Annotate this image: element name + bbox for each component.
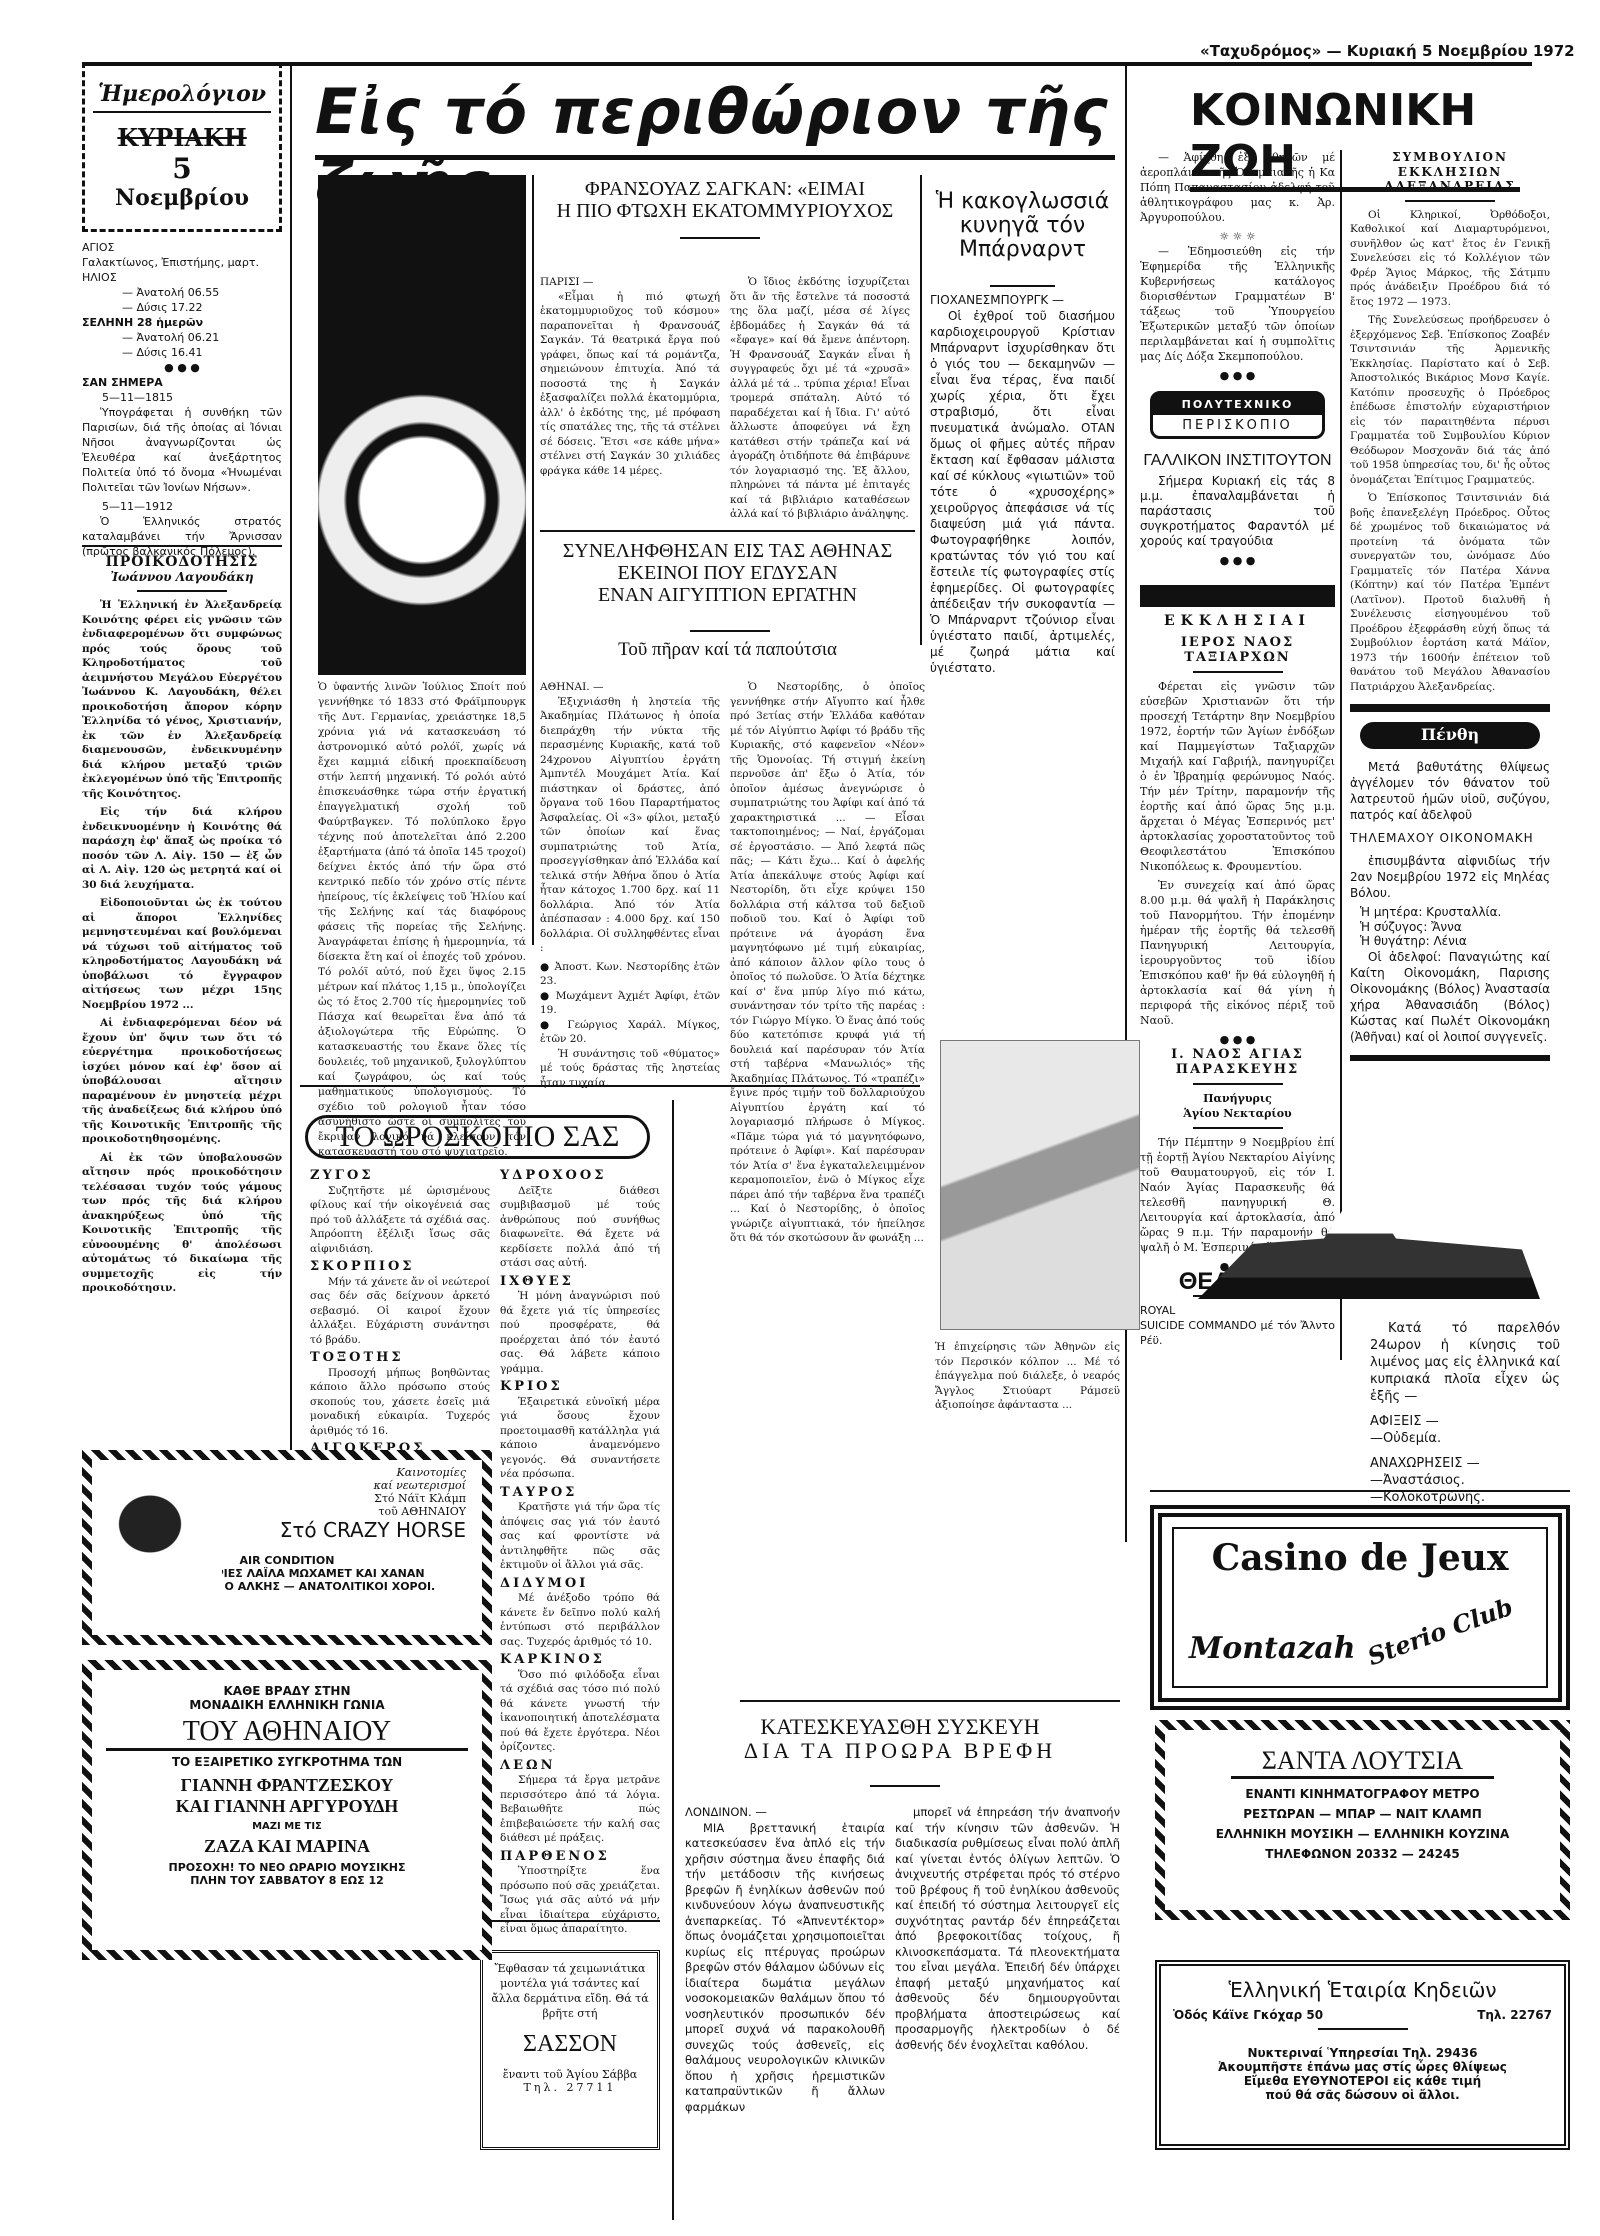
dowry-p5: Αἱ ἐκ τῶν ὑποβαλουσῶν αἴτησιν πρός προικ… [82, 1151, 282, 1296]
barnard-body: Οἱ ἐχθροί τοῦ διασήμου καρδιοχειρουργοῦ … [930, 308, 1115, 676]
sagan-body2: Ὁ ἴδιος ἐκδότης ἰσχυρίζεται ὅτι ἄν τῆς ἔ… [730, 275, 910, 522]
santa-lucia-line1: ΕΝΑΝΤΙ ΚΙΝΗΜΑΤΟΓΡΑΦΟΥ ΜΕΤΡΟ [1181, 1787, 1544, 1801]
crazy-horse-line1: Καινοτομίες [98, 1466, 466, 1479]
arrest-col2: Ὁ Νεστορίδης, ὁ ὁποῖος γεννήθηκε στήν Αἴ… [730, 680, 925, 1560]
athinaios-ad: ΚΑΘΕ ΒΡΑΔΥ ΣΤΗΝ ΜΟΝΑΔΙΚΗ ΕΛΛΗΝΙΚΗ ΓΩΝΙΑ … [82, 1660, 492, 1960]
santa-lucia-phone: ΤΗΛΕΦΩΝΟΝ 20332 — 24245 [1181, 1847, 1544, 1861]
divider [480, 1920, 660, 1922]
paraskevi-sub2: Ἁγίου Νεκταρίου [1140, 1106, 1335, 1121]
column-divider [290, 62, 292, 1532]
santa-lucia-line3: ΕΛΛΗΝΙΚΗ ΜΟΥΣΙΚΗ — ΕΛΛΗΝΙΚΗ ΚΟΥΖΙΝΑ [1181, 1827, 1544, 1841]
churches-badge: ΕΚΚΛΗΣΙΑΙ [1140, 574, 1335, 629]
column-divider [1340, 150, 1342, 1360]
clock-caption: Ὁ ὑφαντής λινῶν Ἰούλιος Σποίτ πού γεννήθ… [318, 680, 526, 1160]
barnard-dateline: ΓΙΟΧΑΝΕΣΜΠΟΥΡΓΚ — [930, 292, 1115, 308]
arrest-body2: Ὁ Νεστορίδης, ὁ ὁποῖος γεννήθηκε στήν Αἴ… [730, 680, 925, 1246]
suspect-item: ● Γεώργιος Χαράλ. Μίγκος, ἐτῶν 20. [540, 1018, 720, 1047]
sign-text: Ἡ μόνη ἀναγνώρισι πού θά ἔχετε γιά τίς ὑ… [500, 1289, 660, 1376]
calendar-title: Ἡμερολόγιον [93, 65, 271, 113]
polytechnic-badge: ΠΟΛΥΤΕΧΝΙΚΟ ΠΕΡΙΣΚΟΠΙΟ [1150, 391, 1325, 439]
arrest-headline-line1: ΣΥΝΕΛΗΦΘΗΣΑΝ ΕΙΣ ΤΑΣ ΑΘΗΝΑΣ [540, 540, 915, 562]
almanac: ΑΓΙΟΣ Γαλακτίωνος, Ἐπιστήμης, μαρτ. ΗΛΙΟ… [82, 240, 282, 563]
paraskevi-title1: Ι. ΝΑΟΣ ΑΓΙΑΣ [1140, 1047, 1335, 1062]
athinaios-name: ΤΟΥ ΑΘΗΝΑΙΟΥ [106, 1716, 468, 1751]
event2-date: 5—11—1912 [82, 499, 282, 514]
sign-text: Ὅσο πιό φιλόδοξα εἶναι τά σχέδιά σας τόσ… [500, 1668, 660, 1755]
sagan-headline-line1: ΦΡΑΝΣΟΥΑΖ ΣΑΓΚΑΝ: «ΕΙΜΑΙ [540, 178, 910, 200]
sign-name: ΤΑΥΡΟΣ [500, 1486, 660, 1501]
periscope-label: ΠΕΡΙΣΚΟΠΙΟ [1153, 415, 1322, 436]
mourning-siblings: Οἱ ἀδελφοί: Παναγιώτης καί Καίτη Οἰκονομ… [1350, 949, 1550, 1045]
sign-name: ΔΙΔΥΜΟΙ [500, 1577, 660, 1592]
barnard-article: ΓΙΟΧΑΝΕΣΜΠΟΥΡΓΚ — Οἱ ἐχθροί τοῦ διασήμου… [930, 292, 1115, 680]
saint-label: ΑΓΙΟΣ [82, 240, 282, 255]
separator-dots: ● ● ● [82, 360, 282, 375]
council-title1: ΣΥΜΒΟΥΛΙΟΝ [1350, 150, 1550, 165]
sasson-phone: Τηλ. 27711 [491, 2081, 649, 2094]
masthead: «Ταχυδρόμος» — Κυριακή 5 Νοεμβρίου 1972 [1200, 42, 1600, 60]
funeral-phone: Τηλ. 22767 [1477, 2008, 1552, 2022]
dowry-title: ΠΡΟΙΚΟΔΟΤΗΣΙΣ [82, 555, 282, 570]
band-name2: ΚΑΙ ΓΙΑΝΝΗ ΑΡΓΥΡΟΥΔΗ [106, 1796, 468, 1817]
barnard-son-photo [940, 1040, 1140, 1330]
paraskevi-text: Τήν Πέμπτην 9 Νοεμβρίου ἐπί τῇ ἑορτῇ Ἁγί… [1140, 1135, 1335, 1255]
calendar-date: 5 [85, 152, 279, 185]
taxiarch-text2: Ἐν συνεχείᾳ καί ἀπό ὥρας 8.00 μ.μ. θά ψα… [1140, 878, 1335, 1028]
separator-dots: ● ● ● [1140, 368, 1335, 383]
council-title2: ΕΚΚΛΗΣΙΩΝ [1350, 165, 1550, 180]
calendar-day: ΚΥΡΙΑΚΗ [85, 123, 279, 152]
sign-text: Προσοχή μήπως βοηθῶντας κάποιο ἄλλο πρόσ… [310, 1366, 490, 1439]
divider [82, 545, 282, 547]
funeral-slogan1: Ἀκουμπῆστε ἐπάνω μας στίς ὧρες θλίψεως [1173, 2060, 1552, 2074]
sign-text: Μήν τά χάνετε ἄν οἱ νεώτεροί σας δέν σᾶς… [310, 1275, 490, 1348]
arrest-subhead: Τοῦ πῆραν καί τά παπούτσια [540, 640, 915, 661]
horoscope-title: ΤΟ ΩΡΟΣΚΟΠΙΟ ΣΑΣ [305, 1115, 650, 1159]
underline [1193, 1127, 1283, 1129]
athinaios-with: ΜΑΖΙ ΜΕ ΤΙΣ [106, 1821, 468, 1832]
dowry-subtitle: Ἰωάννου Λαγουδάκη [82, 570, 282, 585]
underline [1193, 1083, 1283, 1085]
astronomical-clock-photo [318, 175, 526, 675]
council-column: ΣΥΜΒΟΥΛΙΟΝ ΕΚΚΛΗΣΙΩΝ ΑΛΕΞΑΝΔΡΕΙΑΣ Οἱ Κλη… [1350, 150, 1550, 1071]
mourning-mother: Ἡ μητέρα: Κρυσταλλία. [1350, 905, 1550, 920]
moonset: — Δύσις 16.41 [82, 345, 282, 360]
arrest-body1-end: Ἡ συνάντησις τοῦ «θύματος» μέ τούς δράστ… [540, 1047, 720, 1091]
sasson-name: ΣΑΣΣΟΝ [491, 2031, 649, 2058]
film-title: SUICIDE COMMANDO μέ τόν Ἄλντο Ρέϋ. [1140, 1318, 1335, 1348]
departures-label: ΑΝΑΧΩΡΗΣΕΙΣ — [1370, 1455, 1560, 1472]
social-item2: — Ἐδημοσιεύθη εἰς τήν Ἐφημερίδα τῆς Ἑλλη… [1140, 244, 1335, 364]
arrest-headline-line3: ΕΝΑΝ ΑΙΓΥΠΤΙΟΝ ΕΡΓΑΤΗΝ [540, 584, 915, 606]
dowry-article: ΠΡΟΙΚΟΔΟΤΗΣΙΣ Ἰωάννου Λαγουδάκη Ἡ Ἑλληνι… [82, 555, 282, 1300]
casino-club: Sterio Club [1363, 1592, 1516, 1671]
sign-text: Κρατῆστε γιά τήν ὥρα τίς ἀπόψεις σας γιά… [500, 1500, 660, 1573]
device-headline-line2: ΔΙΑ ΤΑ ΠΡΟΩΡΑ ΒΡΕΦΗ [680, 1739, 1120, 1763]
divider [740, 1700, 1120, 1702]
sign-name: ΚΡΙΟΣ [500, 1380, 660, 1395]
sagan-col1: ΠΑΡΙΣΙ — «Εἶμαι ἡ πιό φτωχή ἑκατομμυριοῦ… [540, 275, 720, 482]
banner-rule [315, 155, 1115, 160]
sign-name: ΤΟΞΟΤΗΣ [310, 1351, 490, 1366]
departure-item: —Ἀναστάσιος. [1370, 1472, 1560, 1489]
arrest-col1: ΑΘΗΝΑΙ. — Ἐξιχνιάσθη ἡ ληστεία τῆς Ἀκαδη… [540, 680, 720, 1094]
sign-text: Σήμερα τά ἔργα μετρᾶνε περισσότερο ἀπό τ… [500, 1773, 660, 1846]
thick-rule [1350, 1055, 1550, 1061]
horse-illustration [102, 1480, 222, 1590]
sign-name: ΣΚΟΡΠΙΟΣ [310, 1260, 490, 1275]
sign-name: ΥΔΡΟΧΟΟΣ [500, 1169, 660, 1184]
today-label: ΣΑΝ ΣΗΜΕΡΑ [82, 375, 282, 390]
churches-label: ΕΚΚΛΗΣΙΑΙ [1140, 614, 1335, 629]
sun-label: ΗΛΙΟΣ [82, 270, 282, 285]
sunset: — Δύσις 17.22 [82, 300, 282, 315]
funeral-company-name: Ἑλληνική Ἑταιρία Κηδειῶν [1173, 1978, 1552, 2002]
mourning-daughter: Ἡ θυγάτηρ: Λένια [1350, 934, 1550, 949]
santa-lucia-ad: ΣΑΝΤΑ ΛΟΥΤΣΙΑ ΕΝΑΝΤΙ ΚΙΝΗΜΑΤΟΓΡΑΦΟΥ ΜΕΤΡ… [1155, 1720, 1570, 1920]
stars-separator: ☼ ☼ ☼ [1140, 229, 1335, 244]
column-divider [920, 175, 922, 645]
sign-text: Μέ ἀνέξοδο τρόπο θά κάνετε ἔν δεῖπνο πολ… [500, 1591, 660, 1649]
sign-text: Ὑποστηρίξτε ἕνα πρόσωπο πού σᾶς χρειάζετ… [500, 1864, 660, 1937]
singers: ΖΑΖΑ ΚΑΙ ΜΑΡΙΝΑ [106, 1836, 468, 1857]
mourning-wife: Ἡ σύζυγος: Ἄννα [1350, 920, 1550, 935]
divider [540, 530, 915, 532]
column-divider [672, 1100, 674, 2220]
sagan-headline-line2: Η ΠΙΟ ΦΤΩΧΗ ΕΚΑΤΟΜΜΥΡΙΟΥΧΟΣ [540, 200, 910, 222]
dowry-p3: Εἰδοποιοῦνται ὡς ἐκ τούτου αἱ ἄποροι Ἑλλ… [82, 896, 282, 1012]
underline [1405, 200, 1495, 202]
sasson-ad: Ἔφθασαν τά χειμωνιάτικα μοντέλα γιά τσάν… [480, 1950, 660, 2150]
persian-article: Ἡ ἐπιχείρησις τῶν Ἀθηνῶν εἰς τόν Περσικό… [935, 1340, 1120, 1413]
sign-name: ΠΑΡΘΕΝΟΣ [500, 1850, 660, 1865]
crazy-horse-ad: Καινοτομίες καί νεωτερισμοί Στό Νάϊτ Κλά… [82, 1450, 492, 1645]
thick-rule [1350, 704, 1550, 712]
divider [1150, 1490, 1570, 1492]
athinaios-line2: ΜΟΝΑΔΙΚΗ ΕΛΛΗΝΙΚΗ ΓΩΝΙΑ [106, 1698, 468, 1712]
taxiarch-title1: ΙΕΡΟΣ ΝΑΟΣ [1140, 635, 1335, 650]
sign-text: Δεῖξτε διάθεσι συμβιβασμοῦ μέ τούς ἀνθρώ… [500, 1184, 660, 1271]
port-movements: Κατά τό παρελθόν 24ωρον ἡ κίνησις τοῦ λι… [1370, 1320, 1560, 1506]
sasson-address: ἔναντι τοῦ Ἁγίου Σάββα [491, 2068, 649, 2081]
funeral-address: Ὁδός Κάϊνε Γκόχαρ 50 [1173, 2008, 1323, 2022]
casino-ad: Casino de Jeux Montazah Sterio Club [1150, 1505, 1570, 1710]
event1-text: Ὑπογράφεται ἡ συνθήκη τῶν Παρισίων, διά … [82, 405, 282, 495]
sagan-headline: ΦΡΑΝΣΟΥΑΖ ΣΑΓΚΑΝ: «ΕΙΜΑΙ Η ΠΙΟ ΦΤΩΧΗ ΕΚΑ… [540, 178, 910, 222]
sunrise: — Ἀνατολή 06.55 [82, 285, 282, 300]
device-headline-line1: ΚΑΤΕΣΚΕΥΑΣΘΗ ΣΥΣΚΕΥΗ [680, 1715, 1120, 1739]
device-body2: μπορεῖ νά ἐπηρεάση τήν ἀναπνοήν καί τήν … [895, 1805, 1120, 2053]
suspect-item: ● Μωχάμεντ Ἀχμέτ Ἀφίφι, ἐτῶν 19. [540, 989, 720, 1018]
underline [870, 1785, 940, 1787]
athinaios-line1: ΚΑΘΕ ΒΡΑΔΥ ΣΤΗΝ [106, 1684, 468, 1698]
arrest-headline-line2: ΕΚΕΙΝΟΙ ΠΟΥ ΕΓΔΥΣΑΝ [540, 562, 915, 584]
moon-label: ΣΕΛΗΝΗ 28 ἡμερῶν [82, 315, 282, 330]
arrivals-value: —Οὐδεμία. [1370, 1430, 1560, 1447]
underline [690, 630, 770, 632]
moonrise: — Ἀνατολή 06.21 [82, 330, 282, 345]
taxiarch-text1: Φέρεται εἰς γνῶσιν τῶν εὐσεβῶν Χριστιανῶ… [1140, 679, 1335, 874]
sign-name: ΚΑΡΚΙΝΟΣ [500, 1653, 660, 1668]
schedule-note2: ΠΛΗΝ ΤΟΥ ΣΑΒΒΑΤΟΥ 8 ΕΩΣ 12 [106, 1874, 468, 1887]
mourning-text: ἐπισυμβάντα αἰφνιδίως τήν 2αν Νοεμβρίου … [1350, 853, 1550, 901]
taxiarch-title2: ΤΑΞΙΑΡΧΩΝ [1140, 650, 1335, 665]
sign-name: ΛΕΩΝ [500, 1759, 660, 1774]
horoscope-col2: ΥΔΡΟΧΟΟΣ Δεῖξτε διάθεσι συμβιβασμοῦ μέ τ… [500, 1165, 660, 1941]
band-name1: ΓΙΑΝΝΗ ΦΡΑΝΤΖΕΣΚΟΥ [106, 1775, 468, 1796]
arrest-headline: ΣΥΝΕΛΗΦΘΗΣΑΝ ΕΙΣ ΤΑΣ ΑΘΗΝΑΣ ΕΚΕΙΝΟΙ ΠΟΥ … [540, 540, 915, 606]
council-title3: ΑΛΕΞΑΝΔΡΕΙΑΣ [1350, 179, 1550, 194]
separator-dots: ● ● ● [1140, 553, 1335, 568]
device-headline: ΚΑΤΕΣΚΕΥΑΣΘΗ ΣΥΣΚΕΥΗ ΔΙΑ ΤΑ ΠΡΟΩΡΑ ΒΡΕΦΗ [680, 1715, 1120, 1763]
council-p2: Τῆς Συνελεύσεως προήδρευσεν ὁ ἐξερχόμενο… [1350, 313, 1550, 487]
masthead-rule [82, 62, 1532, 66]
council-p3: Ὁ Ἐπίσκοπος Τσιντσινιάν διά βοῆς ἐπανεξε… [1350, 491, 1550, 694]
underline [1193, 671, 1283, 673]
dowry-p1: Ἡ Ἑλληνική ἐν Ἀλεξανδρείᾳ Κοινότης φέρει… [82, 598, 282, 801]
underline [137, 590, 227, 592]
port-intro: Κατά τό παρελθόν 24ωρον ἡ κίνησις τοῦ λι… [1370, 1320, 1560, 1405]
social-item1: — Ἀφίχθη ἐξ Ἀθηνῶν μέ ἀεροπλάνον τῆς Ὀλυ… [1140, 150, 1335, 225]
underline [990, 285, 1055, 287]
sign-text: Ἐξαιρετικά εὐνοϊκή μέρα γιά ὅσους ἔχουν … [500, 1395, 660, 1482]
arrest-dateline: ΑΘΗΝΑΙ. — [540, 680, 720, 695]
paraskevi-sub1: Πανήγυρις [1140, 1091, 1335, 1106]
device-col2: μπορεῖ νά ἐπηρεάση τήν ἀναπνοήν καί τήν … [895, 1805, 1120, 2057]
polytechnic-label: ΠΟΛΥΤΕΧΝΙΚΟ [1153, 394, 1322, 415]
divider [300, 1085, 920, 1087]
device-col1: ΛΟΝΔΙΝΟΝ. — ΜΙΑ βρεττανική ἑταιρία κατεσ… [685, 1805, 885, 2119]
mourning-intro: Μετά βαθυτάτης θλίψεως ἀγγέλομεν τόν θάν… [1350, 759, 1550, 823]
night-service: Νυκτεριναί Ὑπηρεσίαι Τηλ. 29436 [1173, 2046, 1552, 2060]
mourning-badge: Πένθη [1360, 722, 1540, 749]
french-institute-text: Σήμερα Κυριακή εἰς τάς 8 μ.μ. ἐπαναλαμβά… [1140, 474, 1335, 549]
athinaios-line3: ΤΟ ΕΞΑΙΡΕΤΙΚΟ ΣΥΓΚΡΟΤΗΜΑ ΤΩΝ [106, 1755, 468, 1769]
cinema-name: ROYAL [1140, 1303, 1335, 1318]
santa-lucia-line2: ΡΕΣΤΩΡΑΝ — ΜΠΑΡ — ΝΑΙΤ ΚΛΑΜΠ [1181, 1807, 1544, 1821]
schedule-note1: ΠΡΟΣΟΧΗ! ΤΟ ΝΕΟ ΩΡΑΡΙΟ ΜΟΥΣΙΚΗΣ [106, 1861, 468, 1874]
sagan-col2: Ὁ ἴδιος ἐκδότης ἰσχυρίζεται ὅτι ἄν τῆς ἔ… [730, 275, 910, 526]
saint-name: Γαλακτίωνος, Ἐπιστήμης, μαρτ. [82, 255, 282, 270]
social-column: — Ἀφίχθη ἐξ Ἀθηνῶν μέ ἀεροπλάνον τῆς Ὀλυ… [1140, 150, 1335, 1348]
device-dateline: ΛΟΝΔΙΝΟΝ. — [685, 1805, 885, 1821]
arrest-body1: Ἐξιχνιάσθη ἡ ληστεία τῆς Ἀκαδημίας Πλάτω… [540, 695, 720, 956]
council-p1: Οἱ Κληρικοί, Ὀρθόδοξοι, Καθολικοί καί Δι… [1350, 208, 1550, 310]
event1-date: 5—11—1815 [82, 390, 282, 405]
sign-name: ΙΧΘΥΕΣ [500, 1275, 660, 1290]
casino-name: Casino de Jeux [1174, 1529, 1546, 1579]
column-divider [532, 175, 534, 945]
funeral-slogan3: πού θά σᾶς δώσουν οἱ ἄλλοι. [1173, 2088, 1552, 2102]
event2-text: Ὁ Ἑλληνικός στρατός καταλαμβάνει τήν Ἄρν… [82, 514, 282, 559]
device-body1: ΜΙΑ βρεττανική ἑταιρία κατεσκεύασεν ἕνα … [685, 1821, 885, 2116]
funeral-company-ad: Ἑλληνική Ἑταιρία Κηδειῶν Ὁδός Κάϊνε Γκόχ… [1155, 1960, 1570, 2150]
casino-place: Montazah [1189, 1631, 1356, 1666]
suspect-item: ● Ἀποστ. Κων. Νεστορίδης ἐτῶν 23. [540, 960, 720, 989]
french-institute: ΓΑΛΛΙΚΟΝ ΙΝΣΤΙΤΟΥΤΟΝ [1140, 453, 1335, 468]
funeral-slogan2: Εἴμεθα ΕΥΘΥΝΟΤΕΡΟΙ εἰς κάθε τιμή [1173, 2074, 1552, 2088]
underline [1318, 2028, 1408, 2030]
underline [680, 237, 760, 239]
calendar-month: Νοεμβρίου [85, 185, 279, 211]
separator-dots: ● ● ● [1140, 1032, 1335, 1047]
arrivals-label: ΑΦΙΞΕΙΣ — [1370, 1413, 1560, 1430]
paraskevi-title2: ΠΑΡΑΣΚΕΥΗΣ [1140, 1062, 1335, 1077]
barnard-headline: Ἡ κακογλωσσιά κυνηγᾶ τόν Μπάρναρντ [930, 190, 1115, 263]
sign-name: ΖΥΓΟΣ [310, 1169, 490, 1184]
santa-lucia-name: ΣΑΝΤΑ ΛΟΥΤΣΙΑ [1231, 1746, 1494, 1779]
sagan-dateline: ΠΑΡΙΣΙ — [540, 275, 720, 290]
dowry-p4: Αἱ ἐνδιαφερόμεναι δέον νά ἔχουν ὑπ' ὄψιν… [82, 1016, 282, 1147]
sagan-body1: «Εἶμαι ἡ πιό φτωχή ἑκατομμυριοῦχος τοῦ κ… [540, 290, 720, 479]
sign-text: Συζητῆστε μέ ὡρισμένους φίλους καί τήν ο… [310, 1184, 490, 1257]
sasson-text: Ἔφθασαν τά χειμωνιάτικα μοντέλα γιά τσάν… [491, 1961, 649, 2021]
calendar-box: Ἡμερολόγιον ΚΥΡΙΑΚΗ 5 Νοεμβρίου [82, 62, 282, 232]
deceased-name: ΤΗΛΕΜΑΧΟΥ ΟΙΚΟΝΟΜΑΚΗ [1350, 831, 1550, 846]
dowry-p2: Εἰς τήν διά κλήρου ἐνδεικνυομένην ἡ Κοιν… [82, 805, 282, 892]
